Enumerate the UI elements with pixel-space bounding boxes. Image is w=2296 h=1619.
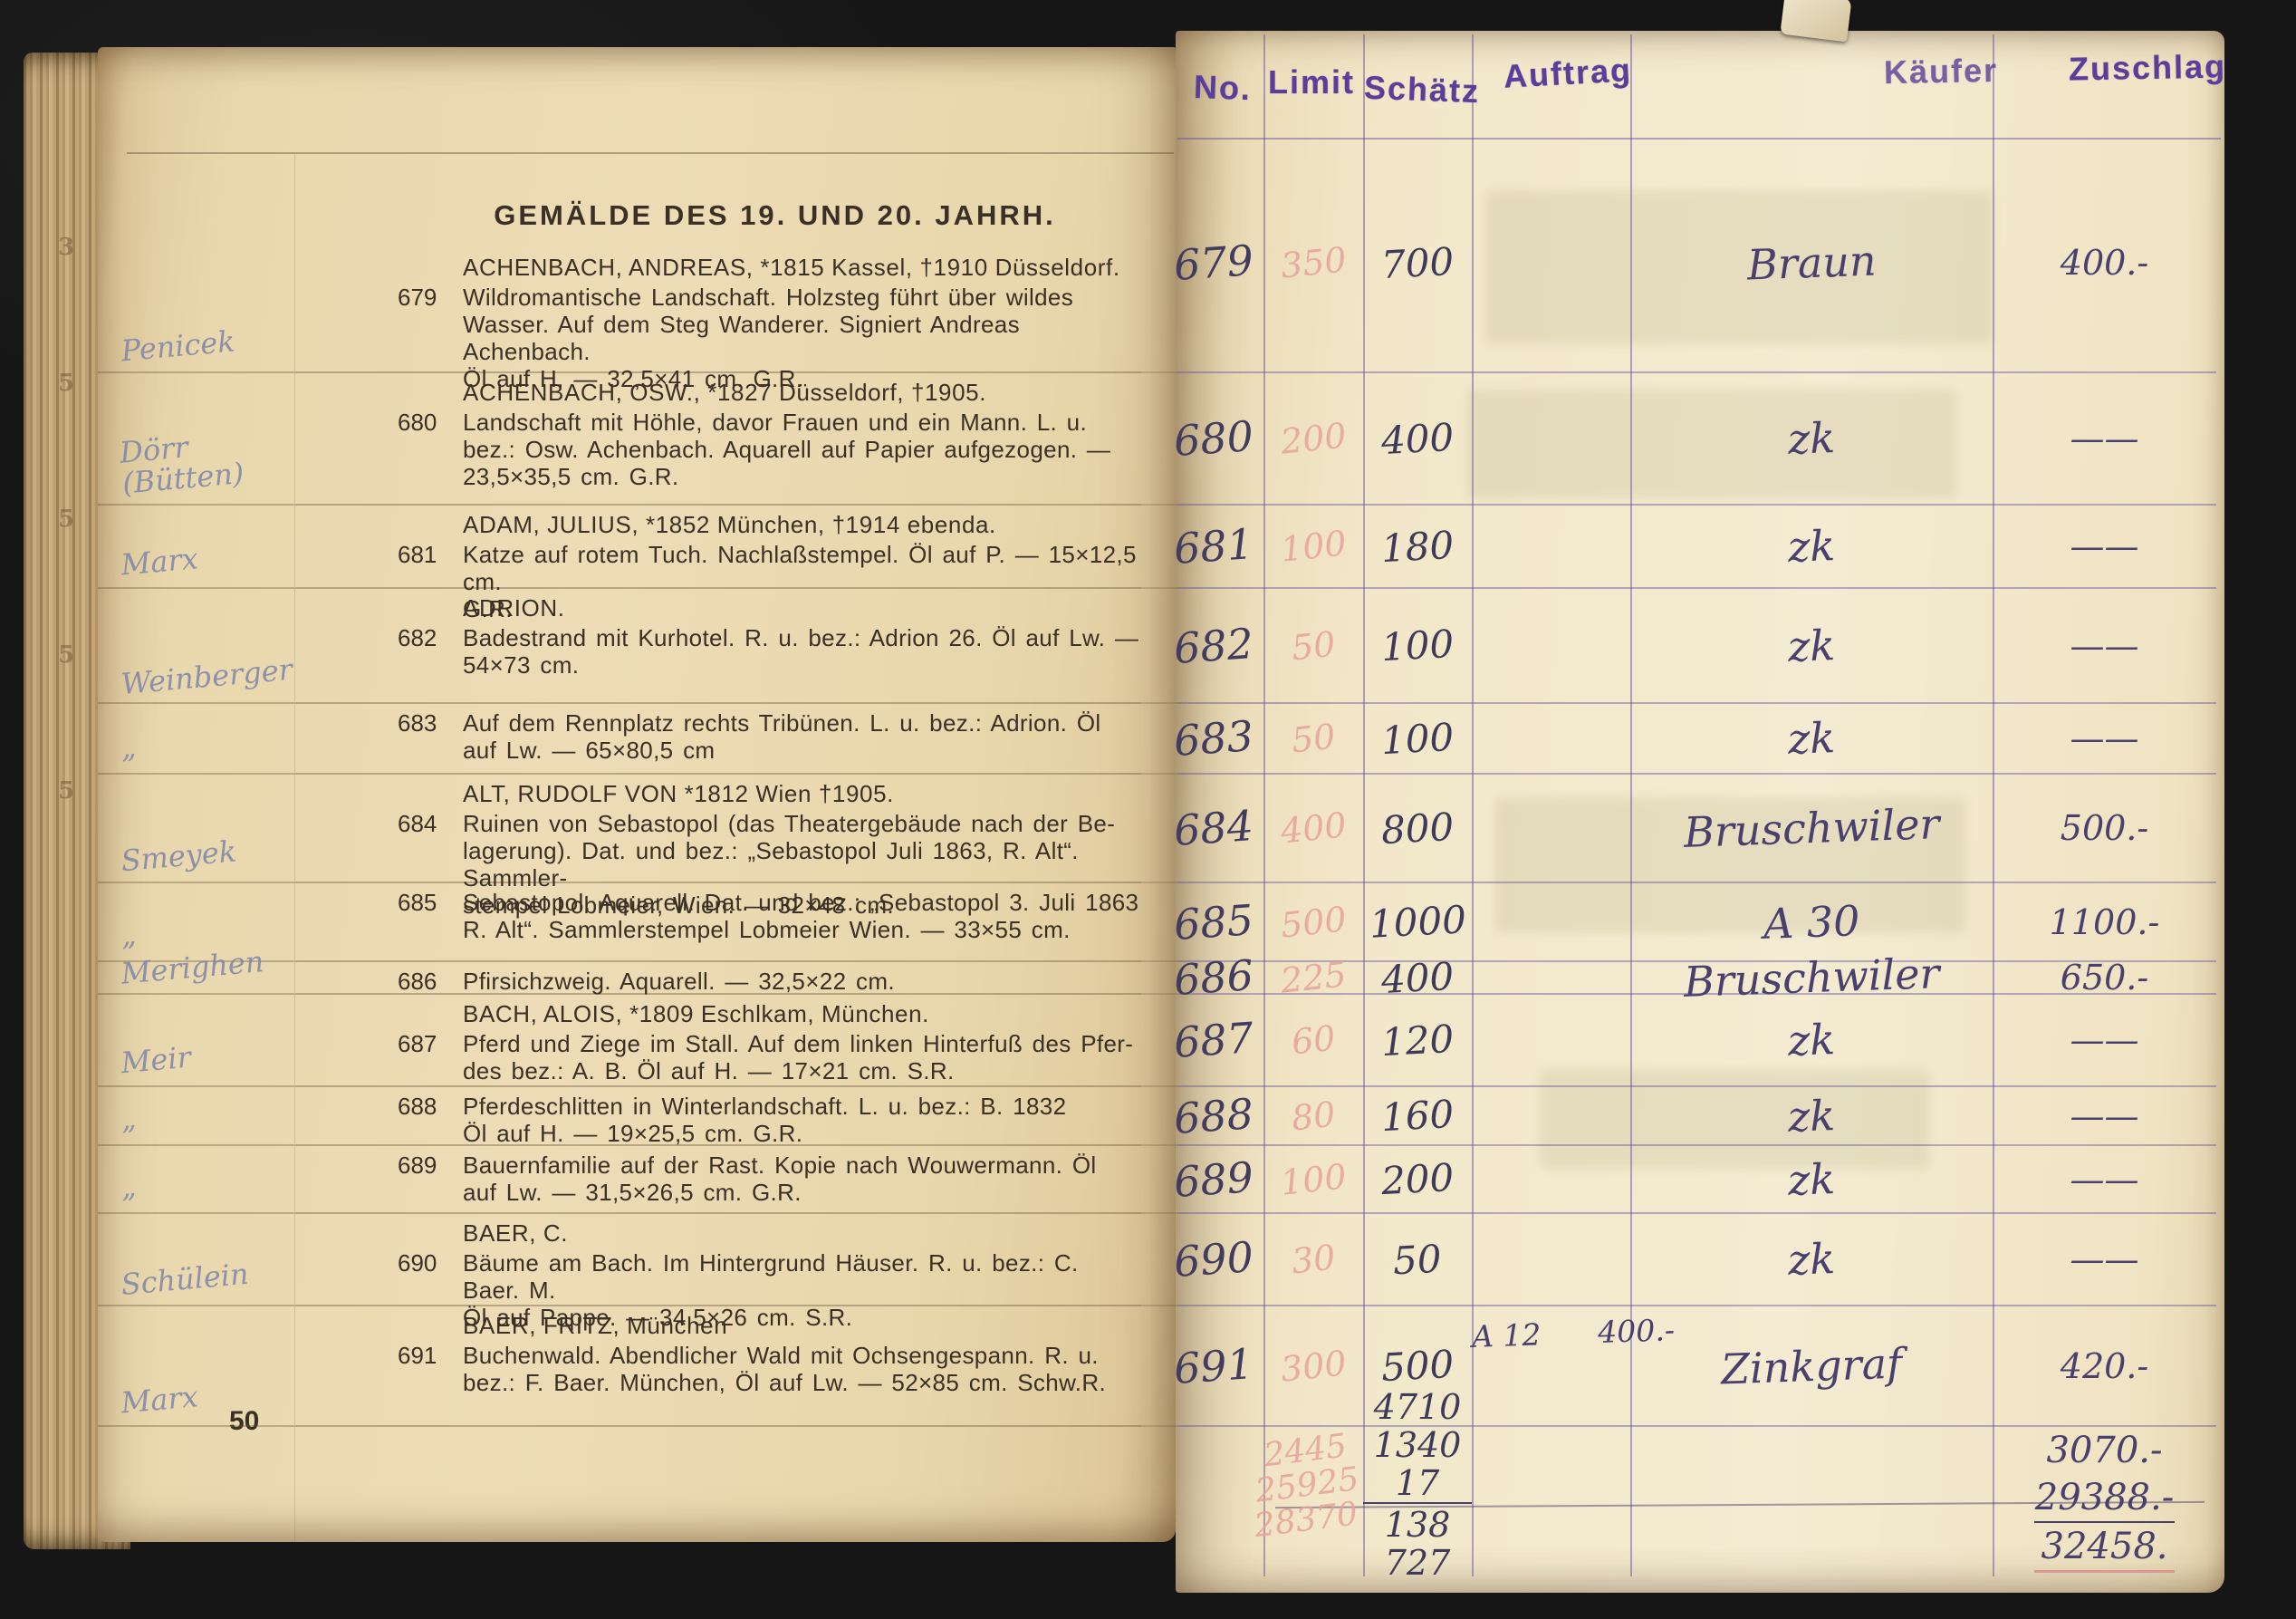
schaetz-cell: 400	[1363, 373, 1472, 506]
limit-cell: 500	[1263, 883, 1363, 962]
zuschlag-cell: ——	[1993, 373, 2216, 506]
lot-number: 680	[398, 409, 437, 437]
lot-no-handwritten: 687	[1172, 1013, 1254, 1067]
zuschlag-cell: ——	[1993, 995, 2216, 1087]
lot-no-cell: 691	[1177, 1306, 1263, 1427]
lot-number: 686	[398, 968, 437, 996]
buyer-margin-name: Schülein	[96, 1258, 250, 1311]
catalog-row: SchüleinBAER, C.690Bäume am Bach. Im Hin…	[98, 1214, 2216, 1306]
limit-cell: 80	[1263, 1087, 1363, 1146]
lot-no-cell: 689	[1177, 1146, 1263, 1214]
margin-annotation: Schülein	[98, 1214, 294, 1306]
kaeufer-value: zk	[1787, 521, 1836, 572]
zuschlag-value: ——	[2070, 1160, 2139, 1200]
lot-no-handwritten: 690	[1172, 1232, 1254, 1287]
lot-no-handwritten: 679	[1172, 236, 1254, 290]
catalog-entry: ALT, RUDOLF VON *1812 Wien †1905.684Ruin…	[294, 775, 1141, 883]
zuschlag-cell: ——	[1993, 1214, 2216, 1306]
lot-block: 683Auf dem Rennplatz rechts Tribünen. L.…	[463, 709, 1141, 764]
margin-annotation	[98, 1427, 294, 1542]
kaeufer-cell: Bruschwiler	[1630, 775, 1993, 883]
catalog-row: WeinbergerADRION.682Badestrand mit Kurho…	[98, 589, 2216, 704]
schaetz-cell: 800	[1363, 775, 1472, 883]
catalog-entry: 686Pfirsichzweig. Aquarell. — 32,5×22 cm…	[294, 962, 1141, 995]
limit-totals: 24452592528370	[1262, 1428, 1365, 1541]
catalog-entry: 688Pferdeschlitten in Winterlandschaft. …	[294, 1087, 1141, 1146]
column-stamp-kaeufer: Käufer	[1884, 52, 1999, 92]
lot-description: Pfirsichzweig. Aquarell. — 32,5×22 cm.	[463, 968, 1141, 995]
lot-description: Bauernfamilie auf der Rast. Kopie nach W…	[463, 1152, 1141, 1206]
buyer-margin-name: „	[96, 731, 138, 775]
limit-value: 100	[1279, 1156, 1349, 1202]
zuschlag-value: 500.-	[2061, 808, 2148, 848]
zuschlag-value: ——	[2070, 626, 2139, 666]
gutter-spacer	[1141, 704, 1177, 775]
lot-no-handwritten: 680	[1172, 411, 1254, 466]
gutter-spacer	[1141, 589, 1177, 704]
limit-value: 200	[1279, 415, 1349, 461]
zuschlag-cell: 400.-	[1993, 154, 2216, 373]
lot-number: 688	[398, 1093, 437, 1121]
catalog-entry: GEMÄLDE DES 19. UND 20. JAHRH.ACHENBACH,…	[294, 154, 1141, 373]
lot-no-handwritten: 682	[1172, 619, 1254, 673]
kaeufer-cell: zk	[1630, 1214, 1993, 1306]
limit-cell: 350	[1263, 154, 1363, 373]
schaetz-cell: 120	[1363, 995, 1472, 1087]
lot-no-cell: 681	[1177, 506, 1263, 589]
schaetz-value: 800	[1380, 804, 1455, 852]
schaetz-value: 100	[1380, 714, 1455, 762]
auftrag-cell: A 12 400.-	[1472, 1306, 1630, 1427]
schaetz-value: 50	[1392, 1236, 1443, 1283]
lot-block: 687Pferd und Ziege im Stall. Auf dem lin…	[463, 1030, 1141, 1084]
lot-no-handwritten: 691	[1172, 1339, 1254, 1393]
lot-description: Auf dem Rennplatz rechts Tribünen. L. u.…	[463, 709, 1141, 764]
auftrag-cell	[1472, 704, 1630, 775]
zuschlag-value: ——	[2070, 1096, 2139, 1136]
schaetz-value: 100	[1380, 622, 1455, 670]
kaeufer-value: Braun	[1746, 236, 1877, 290]
catalog-row: „689Bauernfamilie auf der Rast. Kopie na…	[98, 1146, 2216, 1214]
lot-number: 690	[398, 1249, 437, 1277]
zuschlag-totals: 3070.-29388.-32458.	[2034, 1427, 2176, 1573]
kaeufer-cell: Zinkgraf	[1630, 1306, 1993, 1427]
catalog-entry: 685Sebastopol. Aquarell. Dat. und bez.: …	[294, 883, 1141, 962]
kaeufer-value: zk	[1787, 1234, 1836, 1285]
kaeufer-cell: zk	[1630, 995, 1993, 1087]
kaeufer-value: Zinkgraf	[1720, 1338, 1903, 1393]
schaetz-total-value: 1340 17	[1363, 1426, 1472, 1502]
schaetz-total-value: 138 727	[1363, 1502, 1472, 1582]
artist-name: BACH, ALOIS, *1809 Eschlkam, München.	[463, 1000, 1141, 1028]
gutter-spacer	[1141, 883, 1177, 962]
limit-value: 350	[1279, 239, 1349, 285]
catalog-entry: BACH, ALOIS, *1809 Eschlkam, München.687…	[294, 995, 1141, 1087]
kaeufer-value: A 30	[1763, 896, 1860, 949]
gutter-spacer	[1141, 775, 1177, 883]
margin-annotation: „	[98, 1146, 294, 1214]
edge-page-digit: 5	[58, 777, 74, 805]
lot-no-cell: 682	[1177, 589, 1263, 704]
gutter-spacer	[1141, 995, 1177, 1087]
header-rule	[1177, 138, 2221, 140]
limit-cell: 60	[1263, 995, 1363, 1087]
schaetz-cell: 400	[1363, 962, 1472, 995]
catalog-entry: 683Auf dem Rennplatz rechts Tribünen. L.…	[294, 704, 1141, 775]
lot-number: 681	[398, 541, 437, 569]
lot-no-handwritten: 685	[1172, 895, 1254, 949]
gutter-spacer	[1141, 1214, 1177, 1306]
lot-no-handwritten: 688	[1172, 1089, 1254, 1143]
schaetz-cell: 700	[1363, 154, 1472, 373]
lot-no-cell	[1177, 1427, 1263, 1542]
buyer-margin-name: Penicek	[96, 325, 236, 377]
kaeufer-value: zk	[1787, 1154, 1836, 1205]
limit-cell: 100	[1263, 1146, 1363, 1214]
lot-number: 689	[398, 1152, 437, 1180]
lot-description: Buchenwald. Abendlicher Wald mit Ochseng…	[463, 1342, 1141, 1396]
catalog-row: Merighen686Pfirsichzweig. Aquarell. — 32…	[98, 962, 2216, 995]
zuschlag-value: 420.-	[2061, 1346, 2148, 1386]
limit-value: 30	[1290, 1238, 1338, 1282]
zuschlag-total-value: 29388.-	[2034, 1474, 2176, 1521]
kaeufer-value: zk	[1787, 1091, 1836, 1142]
zuschlag-cell: 420.-	[1993, 1306, 2216, 1427]
auftrag-cell	[1472, 1087, 1630, 1146]
zuschlag-value: ——	[2070, 718, 2139, 758]
buyer-margin-name: Marx	[96, 543, 200, 592]
catalog-entry: 689Bauernfamilie auf der Rast. Kopie nac…	[294, 1146, 1141, 1214]
section-title: GEMÄLDE DES 19. UND 20. JAHRH.	[408, 199, 1141, 232]
gutter-spacer	[1141, 373, 1177, 506]
lot-number: 691	[398, 1342, 437, 1370]
schaetz-cell: 100	[1363, 704, 1472, 775]
column-stamp-limit: Limit	[1268, 63, 1355, 101]
zuschlag-totals-cell: 3070.-29388.-32458.	[1993, 1427, 2216, 1542]
lot-no-cell: 680	[1177, 373, 1263, 506]
zuschlag-value: 650.-	[2061, 958, 2148, 997]
catalog-row: MarxADAM, JULIUS, *1852 München, †1914 e…	[98, 506, 2216, 589]
schaetz-value: 160	[1380, 1092, 1455, 1140]
auftrag-cell	[1472, 589, 1630, 704]
zuschlag-cell: ——	[1993, 1146, 2216, 1214]
zuschlag-value: ——	[2070, 1239, 2139, 1279]
lot-no-handwritten: 689	[1172, 1152, 1254, 1207]
kaeufer-cell: Braun	[1630, 154, 1993, 373]
lot-description: Sebastopol. Aquarell. Dat. und bez.: „Se…	[463, 889, 1141, 943]
buyer-margin-name: Meir	[96, 1042, 193, 1090]
auftrag-cell	[1472, 883, 1630, 962]
schaetz-value: 400	[1380, 414, 1455, 462]
lot-no-cell: 687	[1177, 995, 1263, 1087]
limit-value: 400	[1279, 805, 1349, 851]
lot-no-handwritten: 683	[1172, 711, 1254, 766]
lot-block: 688Pferdeschlitten in Winterlandschaft. …	[463, 1093, 1141, 1147]
lot-number: 679	[398, 284, 437, 312]
kaeufer-value: zk	[1787, 413, 1836, 464]
edge-page-digit: 5	[58, 370, 74, 397]
zuschlag-value: 1100.-	[2050, 902, 2160, 942]
lot-block: 682Badestrand mit Kurhotel. R. u. bez.: …	[463, 624, 1141, 679]
limit-value: 50	[1290, 717, 1338, 761]
limit-cell: 50	[1263, 589, 1363, 704]
catalog-row: MarxBAER, FRITZ, München691Buchenwald. A…	[98, 1306, 2216, 1427]
gutter-spacer	[1141, 1306, 1177, 1427]
lot-block: 691Buchenwald. Abendlicher Wald mit Ochs…	[463, 1342, 1141, 1396]
zuschlag-cell: ——	[1993, 704, 2216, 775]
buyer-margin-name: „	[96, 1103, 138, 1146]
zuschlag-cell: ——	[1993, 1087, 2216, 1146]
schaetz-value: 120	[1380, 1016, 1455, 1064]
catalog-entry: BAER, C.690Bäume am Bach. Im Hintergrund…	[294, 1214, 1141, 1306]
kaeufer-cell: zk	[1630, 589, 1993, 704]
schaetz-cell: 180	[1363, 506, 1472, 589]
schaetz-cell: 200	[1363, 1146, 1472, 1214]
lot-number: 685	[398, 889, 437, 917]
margin-annotation: Smeyek	[98, 775, 294, 883]
auftrag-cell	[1472, 373, 1630, 506]
gutter-spacer	[1141, 962, 1177, 995]
lot-block: 689Bauernfamilie auf der Rast. Kopie nac…	[463, 1152, 1141, 1206]
catalog-row: MeirBACH, ALOIS, *1809 Eschlkam, München…	[98, 995, 2216, 1087]
edge-page-digit: 3	[58, 234, 74, 261]
catalog-entry	[294, 1427, 1141, 1542]
margin-annotation: Marx	[98, 506, 294, 589]
auftrag-cell	[1472, 506, 1630, 589]
catalog-entry: ADAM, JULIUS, *1852 München, †1914 ebend…	[294, 506, 1141, 589]
buyer-margin-name: Smeyek	[96, 835, 238, 887]
zuschlag-value: ——	[2070, 1020, 2139, 1060]
lot-description: Pferdeschlitten in Winterlandschaft. L. …	[463, 1093, 1141, 1147]
limit-value: 50	[1290, 623, 1338, 668]
limit-cell: 225	[1263, 962, 1363, 995]
limit-cell: 400	[1263, 775, 1363, 883]
catalog-entry: ADRION.682Badestrand mit Kurhotel. R. u.…	[294, 589, 1141, 704]
lot-number: 683	[398, 709, 437, 737]
margin-annotation: Meir	[98, 995, 294, 1087]
kaeufer-cell: zk	[1630, 1087, 1993, 1146]
column-stamp-zuschlag: Zuschlag	[2069, 47, 2227, 88]
zuschlag-total-value: 3070.-	[2034, 1427, 2176, 1474]
column-stamp-schaetz: Schätz	[1363, 69, 1480, 111]
lot-no-handwritten: 681	[1172, 519, 1254, 573]
column-stamp-no: No.	[1193, 68, 1252, 108]
limit-totals-cell: 24452592528370	[1263, 1427, 1363, 1542]
kaeufer-value: Bruschwiler	[1683, 799, 1940, 857]
artist-name: ADRION.	[463, 594, 1141, 622]
zuschlag-value: ——	[2070, 419, 2139, 458]
catalog-row: „683Auf dem Rennplatz rechts Tribünen. L…	[98, 704, 2216, 775]
lot-block: 680Landschaft mit Höhle, davor Frauen un…	[463, 409, 1141, 490]
lot-no-cell: 690	[1177, 1214, 1263, 1306]
buyer-margin-name: Dörr (Bütten)	[95, 427, 246, 510]
limit-cell: 30	[1263, 1214, 1363, 1306]
book-scan: 6666666666635555 No. Limit Schätz Auftra…	[0, 0, 2296, 1619]
auftrag-cell	[1472, 775, 1630, 883]
zuschlag-cell: 500.-	[1993, 775, 2216, 883]
gutter-spacer	[1141, 1146, 1177, 1214]
zuschlag-total-value: 32458.	[2034, 1521, 2176, 1573]
zuschlag-value: ——	[2070, 526, 2139, 566]
catalog-row: „688Pferdeschlitten in Winterlandschaft.…	[98, 1087, 2216, 1146]
catalog-row: Dörr (Bütten)ACHENBACH, OSW., *1827 Düss…	[98, 373, 2216, 506]
lot-no-cell: 679	[1177, 154, 1263, 373]
auftrag-cell	[1472, 154, 1630, 373]
limit-value: 60	[1290, 1018, 1338, 1063]
margin-annotation: Merighen	[98, 962, 294, 995]
schaetz-value: 1000	[1368, 897, 1466, 947]
zuschlag-cell: 650.-	[1993, 962, 2216, 995]
artist-name: BAER, FRITZ, München	[463, 1312, 1141, 1340]
schaetz-cell: 160	[1363, 1087, 1472, 1146]
auftrag-cell	[1472, 1427, 1630, 1542]
limit-cell: 200	[1263, 373, 1363, 506]
catalog-entry: BAER, FRITZ, München691Buchenwald. Abend…	[294, 1306, 1141, 1427]
margin-annotation: Penicek	[98, 154, 294, 373]
artist-name: ACHENBACH, OSW., *1827 Düsseldorf, †1905…	[463, 379, 1141, 407]
lot-description: Landschaft mit Höhle, davor Frauen und e…	[463, 409, 1141, 490]
limit-cell: 300	[1263, 1306, 1363, 1427]
schaetz-totals: 47101340 17138 727	[1363, 1388, 1472, 1582]
lot-description: Pferd und Ziege im Stall. Auf dem linken…	[463, 1030, 1141, 1084]
margin-annotation: „	[98, 704, 294, 775]
margin-annotation: Dörr (Bütten)	[98, 373, 294, 506]
schaetz-cell: 1000	[1363, 883, 1472, 962]
artist-name: BAER, C.	[463, 1219, 1141, 1248]
kaeufer-value: zk	[1787, 621, 1836, 671]
margin-annotation: Weinberger	[98, 589, 294, 704]
lot-number: 684	[398, 810, 437, 838]
auftrag-cell	[1472, 962, 1630, 995]
edge-page-digit: 5	[58, 641, 74, 669]
ledger-rows: PenicekGEMÄLDE DES 19. UND 20. JAHRH.ACH…	[98, 154, 2216, 1542]
schaetz-totals-cell: 47101340 17138 727	[1363, 1427, 1472, 1542]
lot-number: 687	[398, 1030, 437, 1058]
schaetz-cell: 50	[1363, 1214, 1472, 1306]
gutter-spacer	[1141, 154, 1177, 373]
artist-name: ACHENBACH, ANDREAS, *1815 Kassel, †1910 …	[463, 254, 1141, 282]
catalog-row: PenicekGEMÄLDE DES 19. UND 20. JAHRH.ACH…	[98, 154, 2216, 373]
schaetz-total-value: 4710	[1363, 1388, 1472, 1426]
artist-name: ADAM, JULIUS, *1852 München, †1914 ebend…	[463, 511, 1141, 539]
gutter-spacer	[1141, 1427, 1177, 1542]
lot-no-handwritten: 684	[1172, 801, 1254, 855]
catalog-entry: ACHENBACH, OSW., *1827 Düsseldorf, †1905…	[294, 373, 1141, 506]
catalog-row: SmeyekALT, RUDOLF VON *1812 Wien †1905.6…	[98, 775, 2216, 883]
gutter-spacer	[1141, 506, 1177, 589]
kaeufer-value: zk	[1787, 1015, 1836, 1065]
buyer-margin-name: Weinberger	[96, 654, 294, 711]
limit-value: 225	[1279, 954, 1349, 1000]
limit-cell: 50	[1263, 704, 1363, 775]
zuschlag-value: 400.-	[2061, 243, 2148, 283]
lot-block: 686Pfirsichzweig. Aquarell. — 32,5×22 cm…	[463, 968, 1141, 995]
limit-value: 300	[1279, 1343, 1349, 1389]
schaetz-value: 500	[1380, 1342, 1455, 1390]
kaeufer-value: zk	[1787, 713, 1836, 764]
schaetz-value: 200	[1380, 1155, 1455, 1203]
kaeufer-cell: zk	[1630, 373, 1993, 506]
kaeufer-cell: Bruschwiler	[1630, 962, 1993, 995]
lot-no-cell: 686	[1177, 962, 1263, 995]
lot-no-cell: 684	[1177, 775, 1263, 883]
buyer-margin-name: Marx	[96, 1381, 200, 1430]
totals-row: 2445259252837047101340 17138 7273070.-29…	[98, 1427, 2216, 1542]
kaeufer-cell: zk	[1630, 1146, 1993, 1214]
limit-value: 500	[1279, 899, 1349, 945]
lot-description: Badestrand mit Kurhotel. R. u. bez.: Adr…	[463, 624, 1141, 679]
kaeufer-cell: zk	[1630, 506, 1993, 589]
lot-block: 685Sebastopol. Aquarell. Dat. und bez.: …	[463, 889, 1141, 943]
auftrag-cell	[1472, 1146, 1630, 1214]
schaetz-cell: 100	[1363, 589, 1472, 704]
auftrag-cell	[1472, 995, 1630, 1087]
kaeufer-cell: zk	[1630, 704, 1993, 775]
limit-value: 80	[1290, 1094, 1338, 1138]
limit-value: 100	[1279, 523, 1349, 569]
kaeufer-cell	[1630, 1427, 1993, 1542]
buyer-margin-name: „	[96, 1171, 138, 1214]
margin-annotation: „	[98, 1087, 294, 1146]
schaetz-value: 700	[1380, 238, 1455, 286]
artist-name: ALT, RUDOLF VON *1812 Wien †1905.	[463, 780, 1141, 808]
lot-no-cell: 688	[1177, 1087, 1263, 1146]
edge-page-digit: 5	[58, 506, 74, 533]
margin-annotation: Marx	[98, 1306, 294, 1427]
zuschlag-cell: ——	[1993, 589, 2216, 704]
zuschlag-cell: 1100.-	[1993, 883, 2216, 962]
limit-cell: 100	[1263, 506, 1363, 589]
lot-number: 682	[398, 624, 437, 652]
zuschlag-cell: ——	[1993, 506, 2216, 589]
schaetz-value: 180	[1380, 522, 1455, 570]
column-stamp-auftrag: Auftrag	[1503, 51, 1633, 95]
lot-no-cell: 683	[1177, 704, 1263, 775]
auftrag-cell	[1472, 1214, 1630, 1306]
